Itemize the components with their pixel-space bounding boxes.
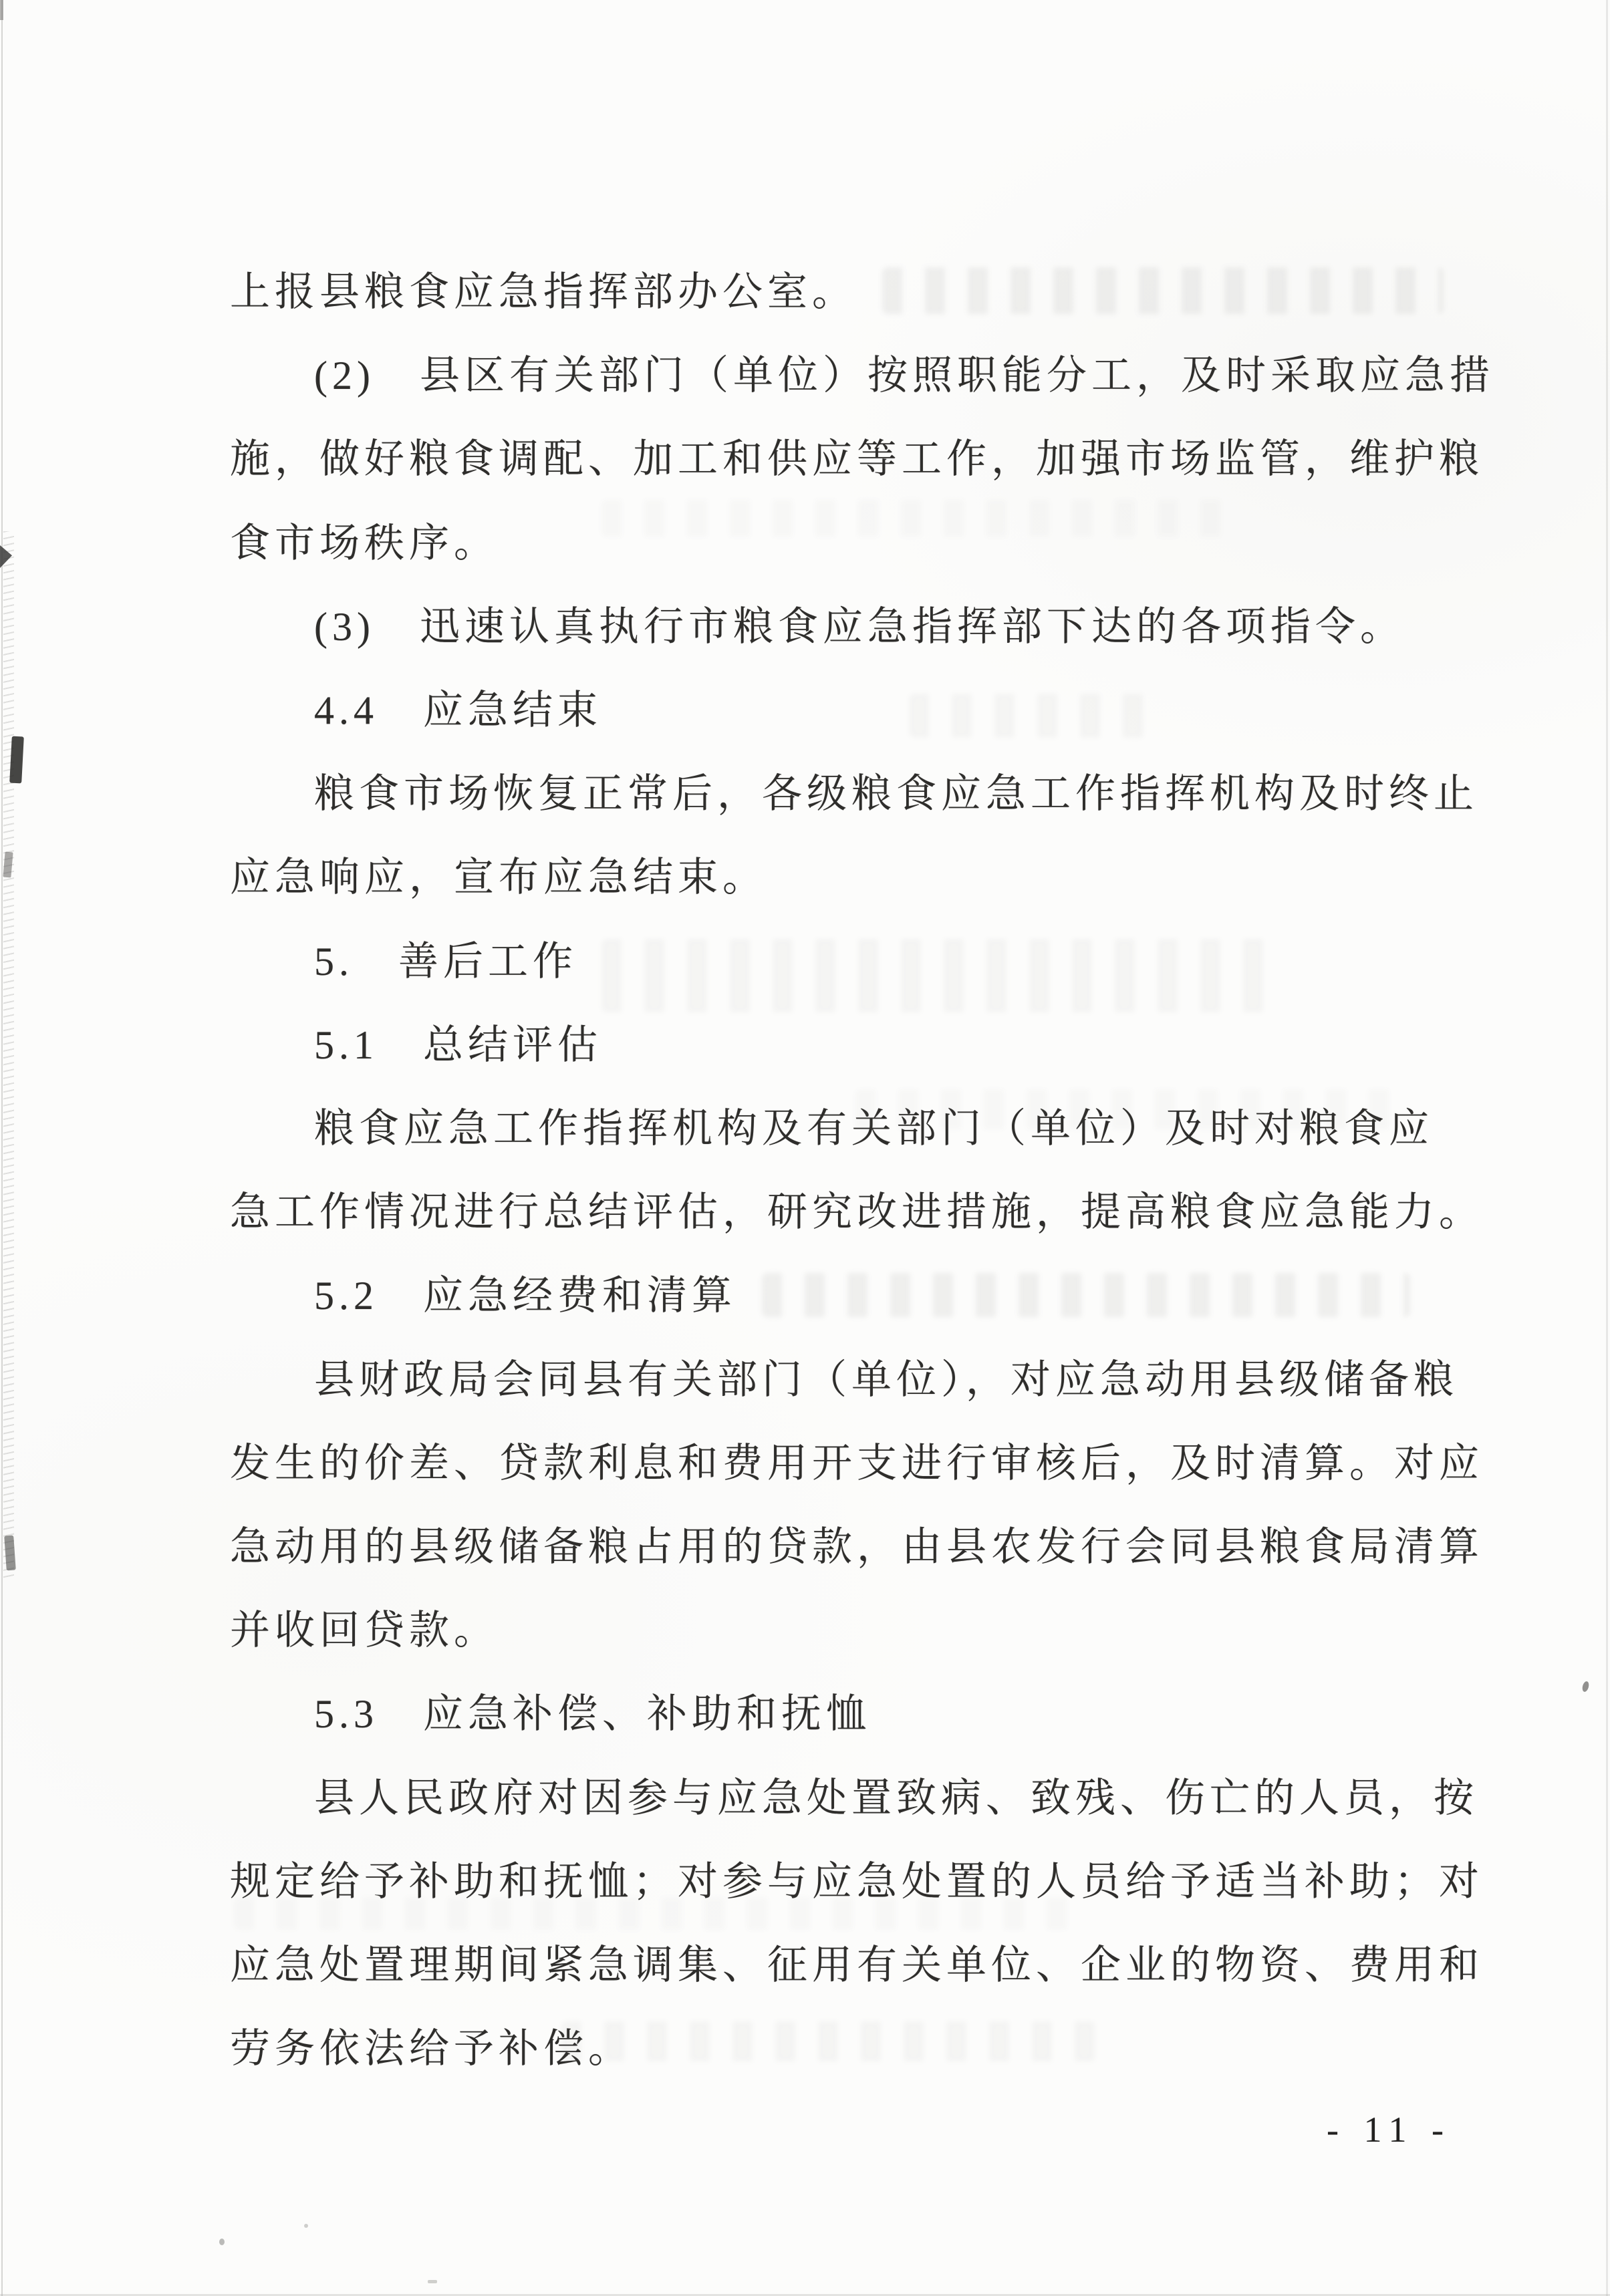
scan-artifact xyxy=(304,2224,308,2228)
body-line: 应急处置理期间紧急调集、征用有关单位、企业的物资、费用和 xyxy=(230,1942,1484,1989)
body-line: 施，做好粮食调配、加工和供应等工作，加强市场监管，维护粮 xyxy=(230,436,1484,482)
scan-edge-artifact xyxy=(1,0,3,2296)
heading-4-4: 4.4 应急结束 xyxy=(314,687,602,734)
body-line: 急工作情况进行总结评估，研究改进措施，提高粮食应急能力。 xyxy=(230,1189,1484,1236)
body-line: 县人民政府对因参与应急处置致病、致残、伤亡的人员，按 xyxy=(314,1775,1478,1822)
body-line: 粮食应急工作指挥机构及有关部门（单位）及时对粮食应 xyxy=(314,1105,1434,1152)
scanned-page: 上报县粮食应急指挥部办公室。 (2) 县区有关部门（单位）按照职能分工，及时采取… xyxy=(0,0,1610,2296)
body-line: 上报县粮食应急指挥部办公室。 xyxy=(230,269,857,315)
list-item-2: (2) 县区有关部门（单位）按照职能分工，及时采取应急措 xyxy=(314,352,1494,399)
heading-5: 5. 善后工作 xyxy=(314,938,577,985)
scan-artifact xyxy=(428,2280,437,2283)
scan-artifact xyxy=(0,0,3,20)
scan-artifact xyxy=(4,1536,16,1571)
heading-5-2: 5.2 应急经费和清算 xyxy=(314,1272,736,1319)
body-line: 食市场秩序。 xyxy=(230,520,499,567)
scan-artifact xyxy=(219,2239,225,2245)
bleedthrough-smudge xyxy=(909,694,1156,738)
bleedthrough-smudge xyxy=(882,267,1444,314)
body-line: 粮食市场恢复正常后，各级粮食应急工作指挥机构及时终止 xyxy=(314,770,1478,817)
body-line: 规定给予补助和抚恤；对参与应急处置的人员给予适当补助；对 xyxy=(230,1858,1484,1905)
page-number: - 11 - xyxy=(1327,2109,1452,2150)
body-line: 发生的价差、贷款利息和费用开支进行审核后，及时清算。对应 xyxy=(230,1440,1484,1487)
bleedthrough-smudge xyxy=(601,939,1277,1012)
scan-artifact xyxy=(1581,1681,1590,1693)
scan-artifact xyxy=(3,531,14,1580)
bleedthrough-smudge xyxy=(762,1273,1410,1317)
scan-artifact xyxy=(3,852,13,878)
body-line: 应急响应，宣布应急结束。 xyxy=(230,854,767,901)
body-line: 劳务依法给予补偿。 xyxy=(230,2025,633,2072)
list-item-3: (3) 迅速认真执行市粮食应急指挥部下达的各项指令。 xyxy=(314,603,1405,650)
body-line: 急动用的县级储备粮占用的贷款，由县农发行会同县粮食局清算 xyxy=(230,1524,1484,1570)
body-line: 县财政局会同县有关部门（单位），对应急动用县级储备粮 xyxy=(314,1356,1458,1403)
heading-5-3: 5.3 应急补偿、补助和抚恤 xyxy=(314,1691,871,1737)
bleedthrough-smudge xyxy=(561,2021,1096,2061)
scan-edge-artifact xyxy=(1606,0,1608,2296)
bleedthrough-smudge xyxy=(601,500,1236,537)
scan-artifact xyxy=(0,545,12,568)
heading-5-1: 5.1 总结评估 xyxy=(314,1022,602,1068)
body-line: 并收回贷款。 xyxy=(230,1607,499,1654)
scan-artifact xyxy=(9,736,24,784)
